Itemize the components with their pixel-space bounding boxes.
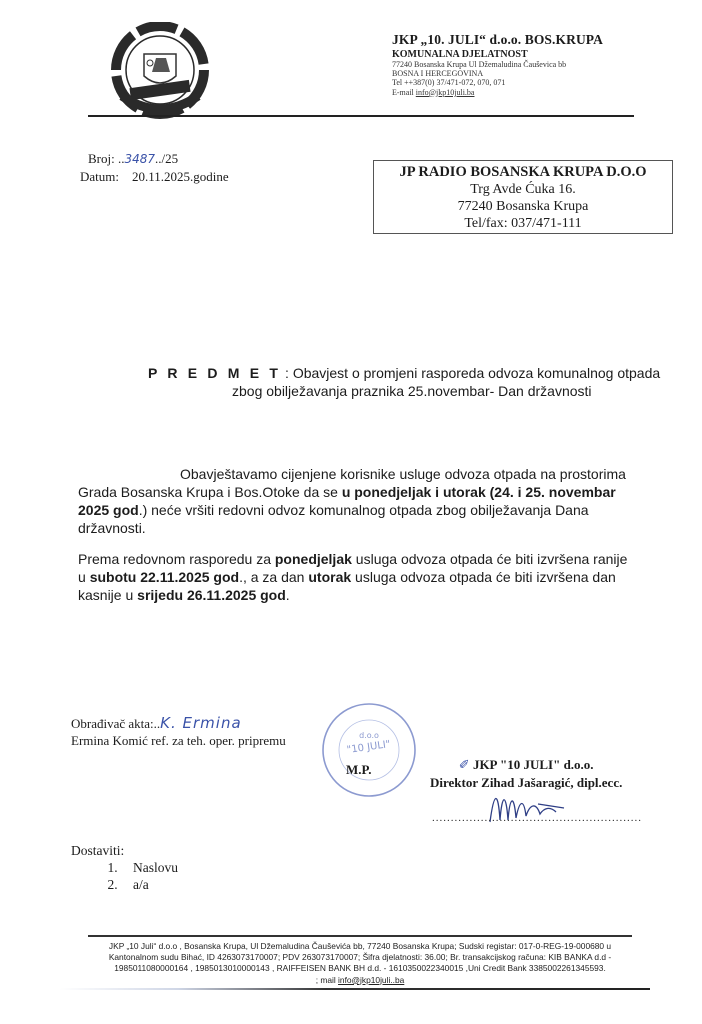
subject-line-2: zbog obilježavanja praznika 25.novembar-… (148, 382, 660, 400)
svg-text:d.o.o: d.o.o (359, 731, 379, 740)
author-name: Ermina Komić ref. za teh. oper. pripremu (71, 732, 286, 749)
company-emblem-logo (100, 22, 220, 122)
company-phone: Tel ++387(0) 37/471-072, 070, 071 (392, 78, 603, 87)
p1-text-2: .) neće vršiti redovni odvoz komunalnog … (78, 502, 589, 536)
pen-mark-icon: ✐ (459, 758, 470, 773)
company-address: 77240 Bosanska Krupa Ul Džemaludina Čauš… (392, 60, 603, 69)
reference-block: Broj: ..3487../25 Datum: 20.11.2025.godi… (80, 150, 229, 185)
date-value: 20.11.2025.godine (132, 169, 229, 184)
body-paragraph-1: Obavještavamo cijenjene korisnike usluge… (78, 465, 638, 537)
reference-number-row: Broj: ..3487../25 (80, 150, 229, 168)
p2-bold-monday: ponedjeljak (275, 551, 352, 567)
reference-number-suffix: /25 (162, 151, 179, 166)
signature-line: ........................................… (432, 812, 642, 824)
footer-line-3: 1985011080000164 , 1985013010000143 , RA… (90, 963, 630, 974)
p2-bold-saturday: subotu 22.11.2025 god (90, 569, 239, 585)
footer-divider-bottom (60, 988, 650, 990)
letterhead: JKP „10. JULI“ d.o.o. BOS.KRUPA KOMUNALN… (392, 32, 603, 97)
footer-legal: JKP „10 Juli“ d.o.o , Bosanska Krupa, Ul… (90, 941, 630, 986)
recipient-phone: Tel/fax: 037/471-111 (374, 215, 672, 232)
date-label: Datum: (80, 169, 119, 184)
footer-mail-link[interactable]: info@jkp10juli..ba (338, 975, 404, 985)
p2-text-3: ., a za dan (239, 569, 308, 585)
recipient-city: 77240 Bosanska Krupa (374, 198, 672, 215)
author-handwritten: K. Ermina (160, 714, 242, 732)
delivery-item: a/a (121, 876, 178, 893)
body-paragraph-2: Prema redovnom rasporedu za ponedjeljak … (78, 550, 638, 604)
author-block: Obrađivač akta:..K. Ermina Ermina Komić … (71, 715, 286, 749)
footer-divider-top (88, 935, 632, 937)
company-country: BOSNA I HERCEGOVINA (392, 69, 603, 78)
recipient-box: JP RADIO BOSANSKA KRUPA D.O.O Trg Avde Ć… (373, 160, 673, 234)
company-email-row: E-mail info@jkp10juli.ba (392, 88, 603, 97)
director-company: JKP "10 JULI" d.o.o. (473, 757, 594, 772)
svg-text:"10 JULI": "10 JULI" (346, 739, 391, 756)
email-label: E-mail (392, 88, 414, 97)
delivery-label: Dostaviti: (71, 842, 178, 859)
reference-number-handwritten: 3487 (124, 152, 155, 166)
delivery-item: Naslovu (121, 859, 178, 876)
footer-mail-label: ; mail (316, 975, 336, 985)
footer-line-1: JKP „10 Juli“ d.o.o , Bosanska Krupa, Ul… (90, 941, 630, 952)
subject-line-1: Obavjest o promjeni rasporeda odvoza kom… (293, 365, 660, 381)
reference-date-row: Datum: 20.11.2025.godine (80, 168, 229, 185)
company-division: KOMUNALNA DJELATNOST (392, 49, 603, 61)
p2-text-1: Prema redovnom rasporedu za (78, 551, 275, 567)
recipient-name: JP RADIO BOSANSKA KRUPA D.O.O (374, 164, 672, 181)
delivery-block: Dostaviti: Naslovu a/a (71, 842, 178, 893)
recipient-street: Trg Avde Ćuka 16. (374, 181, 672, 198)
company-name: JKP „10. JULI“ d.o.o. BOS.KRUPA (392, 32, 603, 48)
author-label: Obrađivač akta: (71, 716, 154, 731)
stamp-mp-label: M.P. (346, 762, 372, 778)
header-divider (88, 115, 634, 117)
delivery-list: Naslovu a/a (71, 859, 178, 893)
p2-bold-tuesday: utorak (308, 569, 351, 585)
subject-block: P R E D M E T : Obavjest o promjeni rasp… (148, 364, 660, 400)
reference-number-label: Broj: (88, 151, 115, 166)
subject-label: P R E D M E T (148, 365, 281, 381)
p2-bold-wednesday: srijedu 26.11.2025 god (137, 587, 286, 603)
official-stamp-icon: "10 JULI" d.o.o (310, 700, 428, 800)
p2-text-5: . (286, 587, 290, 603)
footer-line-2: Kantonalnom sudu Bihać, ID 4263073170007… (90, 952, 630, 963)
email-link[interactable]: info@jkp10juli.ba (416, 88, 475, 97)
